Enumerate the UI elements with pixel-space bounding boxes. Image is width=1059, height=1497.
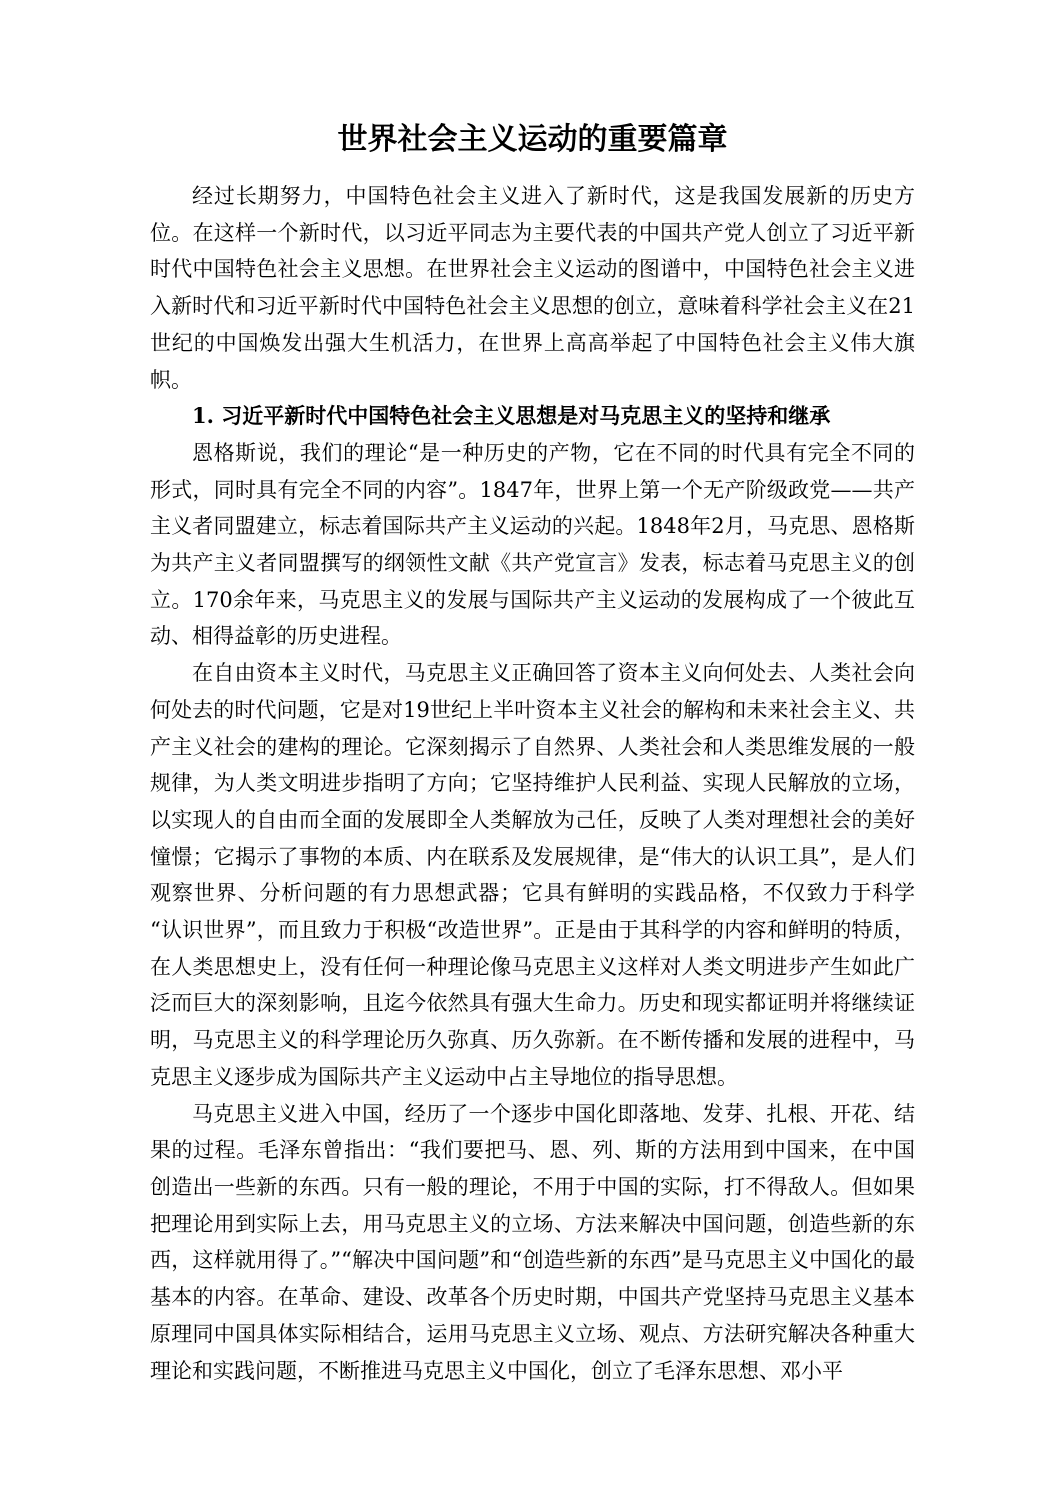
paragraph-marxism-in-china: 马克思主义进入中国，经历了一个逐步中国化即落地、发芽、扎根、开花、结果的过程。毛…	[150, 1096, 915, 1390]
paragraph-intro-new-era: 经过长期努力，中国特色社会主义进入了新时代，这是我国发展新的历史方位。在这样一个…	[150, 178, 915, 398]
document-page: 世界社会主义运动的重要篇章 经过长期努力，中国特色社会主义进入了新时代，这是我国…	[0, 0, 1059, 1497]
paragraph-marxism-theory: 在自由资本主义时代，马克思主义正确回答了资本主义向何处去、人类社会向何处去的时代…	[150, 655, 915, 1095]
document-title: 世界社会主义运动的重要篇章	[150, 118, 915, 162]
paragraph-engels-manifesto: 恩格斯说，我们的理论“是一种历史的产物，它在不同的时代具有完全不同的形式，同时具…	[150, 435, 915, 655]
section-heading-1: 1. 习近平新时代中国特色社会主义思想是对马克思主义的坚持和继承	[150, 398, 915, 435]
